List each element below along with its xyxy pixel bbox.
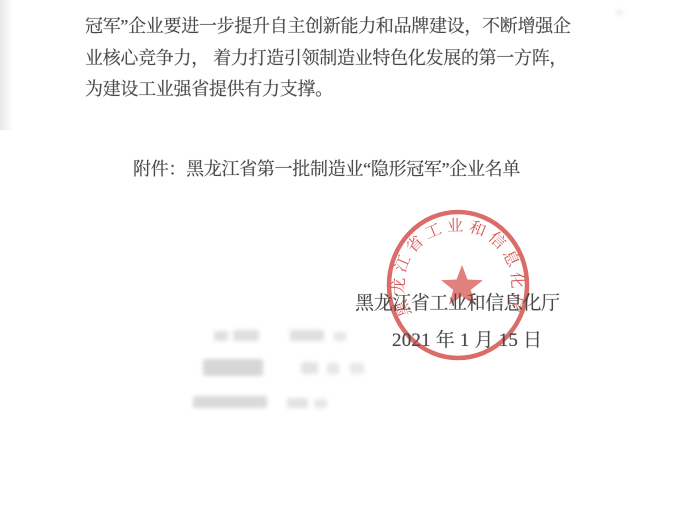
paragraph-line-3: 为建设工业强省提供有力支撑。 [85,74,605,106]
scan-edge-shading [0,0,13,130]
bleedthrough-artifact [314,399,327,408]
paragraph-line-1: 冠军”企业要进一步提升自主创新能力和品牌建设，不断增强企 [85,11,605,43]
bleedthrough-artifact [350,363,364,374]
paragraph-line-2: 业核心竞争力， 着力打造引领制造业特色化发展的第一方阵， [85,43,605,75]
bleedthrough-artifact [233,330,259,341]
bleedthrough-artifact [301,362,318,374]
body-paragraph: 冠军”企业要进一步提升自主创新能力和品牌建设，不断增强企 业核心竞争力， 着力打… [85,11,605,106]
signature-agency: 黑龙江省工业和信息化厅 [355,288,560,315]
bleedthrough-artifact [214,331,228,341]
bleedthrough-artifact [287,398,308,408]
scan-speck [616,10,623,15]
bleedthrough-artifact [334,332,346,341]
document-page: 冠军”企业要进一步提升自主创新能力和品牌建设，不断增强企 业核心竞争力， 着力打… [0,0,680,506]
signature-date: 2021 年 1 月 15 日 [392,325,542,352]
bleedthrough-artifact [193,396,267,408]
bleedthrough-artifact [290,330,324,341]
bleedthrough-artifact [327,363,339,374]
attachment-line: 附件：黑龙江省第一批制造业“隐形冠军”企业名单 [133,155,520,181]
bleedthrough-artifact [203,359,263,376]
